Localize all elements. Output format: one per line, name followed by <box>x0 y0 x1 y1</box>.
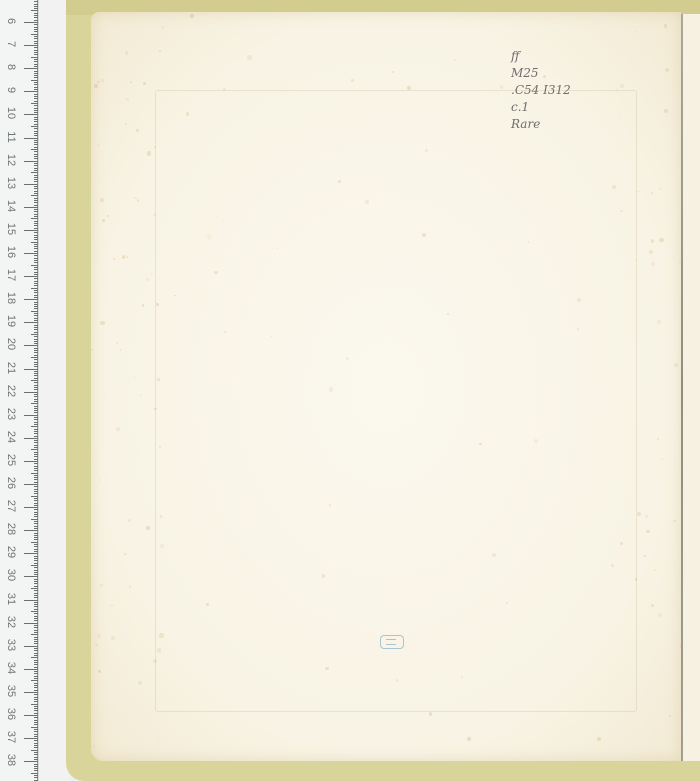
ruler-label: 19 <box>5 312 17 330</box>
ruler-label: 26 <box>5 474 17 492</box>
ruler-tick <box>34 533 38 534</box>
ruler-tick <box>34 6 38 7</box>
ruler-tick <box>31 311 38 312</box>
ruler-tick <box>24 114 38 115</box>
foxing-spot <box>159 50 161 52</box>
ruler-tick <box>34 318 38 319</box>
ruler-tick <box>34 267 38 268</box>
ruler-tick <box>34 223 38 224</box>
foxing-spot <box>157 378 160 381</box>
ruler-tick <box>31 380 38 381</box>
foxing-spot <box>651 192 653 194</box>
ruler-tick <box>34 61 38 62</box>
ruler-tick <box>34 551 38 552</box>
ruler-tick <box>34 713 38 714</box>
ruler-label: 18 <box>5 289 17 307</box>
ruler-tick <box>34 154 38 155</box>
ruler-tick <box>24 299 38 300</box>
ruler-tick <box>34 87 38 88</box>
ruler-label: 22 <box>5 382 17 400</box>
ruler-tick <box>34 724 38 725</box>
ruler-tick <box>34 579 38 580</box>
ruler-tick <box>34 295 38 296</box>
ruler-tick <box>24 576 38 577</box>
ruler-tick <box>34 327 38 328</box>
ruler-tick <box>34 424 38 425</box>
ruler-tick <box>34 627 38 628</box>
ruler-tick <box>34 373 38 374</box>
foxing-spot <box>151 273 152 274</box>
ruler-tick <box>34 630 38 631</box>
ruler-label: 28 <box>5 520 17 538</box>
foxing-spot <box>637 512 641 516</box>
foxing-spot <box>661 458 663 460</box>
ruler-tick <box>24 276 38 277</box>
ruler-tick <box>34 304 38 305</box>
foxing-spot <box>137 199 139 201</box>
ruler-tick <box>34 759 38 760</box>
ruler-tick <box>34 191 38 192</box>
ruler-tick <box>34 442 38 443</box>
ruler-tick <box>34 98 38 99</box>
ruler-tick <box>34 38 38 39</box>
ruler-tick <box>34 650 38 651</box>
ruler-tick <box>24 623 38 624</box>
ruler-tick <box>34 308 38 309</box>
ruler-tick <box>34 687 38 688</box>
ruler-tick <box>34 440 38 441</box>
ruler-tick <box>31 449 38 450</box>
foxing-spot <box>186 112 190 116</box>
ruler-tick <box>34 595 38 596</box>
ruler-tick <box>34 117 38 118</box>
ruler-tick <box>34 708 38 709</box>
foxing-spot <box>93 745 95 747</box>
ruler-tick <box>24 692 38 693</box>
ruler-tick <box>34 706 38 707</box>
ruler-tick <box>34 228 38 229</box>
foxing-spot <box>128 519 131 522</box>
ruler-label: 7 <box>5 35 17 53</box>
ruler-tick <box>34 729 38 730</box>
foxing-spot <box>479 443 481 445</box>
ruler-tick <box>34 50 38 51</box>
ruler-tick <box>34 710 38 711</box>
ruler-label: 11 <box>5 128 17 146</box>
ruler-tick <box>34 671 38 672</box>
plate-mark <box>155 90 637 712</box>
ruler-tick <box>24 322 38 323</box>
ruler-tick <box>34 209 38 210</box>
ruler-tick <box>31 149 38 150</box>
ruler-tick <box>34 165 38 166</box>
foxing-spot <box>674 567 675 568</box>
ruler-tick <box>34 468 38 469</box>
ruler-tick <box>34 348 38 349</box>
ruler-tick <box>34 586 38 587</box>
ruler-tick <box>24 646 38 647</box>
ruler-tick <box>34 124 38 125</box>
ruler-tick <box>34 736 38 737</box>
ruler-tick <box>34 359 38 360</box>
ruler-tick <box>31 634 38 635</box>
ruler-tick <box>34 193 38 194</box>
ruler-label: 37 <box>5 728 17 746</box>
ruler-tick <box>31 426 38 427</box>
ruler-tick <box>34 466 38 467</box>
foxing-spot <box>611 564 613 566</box>
ruler-tick <box>34 285 38 286</box>
ruler-tick <box>34 362 38 363</box>
ruler-tick <box>34 537 38 538</box>
ruler-tick <box>24 415 38 416</box>
foxing-spot <box>143 82 145 84</box>
ruler-tick <box>34 66 38 67</box>
ruler-tick <box>24 91 38 92</box>
ruler-tick <box>34 597 38 598</box>
ruler-tick <box>34 528 38 529</box>
foxing-spot <box>159 633 163 637</box>
foxing-spot <box>161 26 164 29</box>
ruler-tick <box>24 553 38 554</box>
ruler-tick <box>34 101 38 102</box>
ruler-tick <box>34 514 38 515</box>
foxing-spot <box>136 129 139 132</box>
ruler-tick <box>34 131 38 132</box>
ruler-tick <box>34 246 38 247</box>
ruler-tick <box>34 382 38 383</box>
ruler-tick <box>34 258 38 259</box>
foxing-spot <box>124 553 127 556</box>
ruler-tick <box>34 170 38 171</box>
foxing-spot <box>612 185 616 189</box>
ruler-tick <box>34 419 38 420</box>
ruler-tick <box>34 387 38 388</box>
ruler-tick <box>34 43 38 44</box>
ruler-tick <box>34 332 38 333</box>
foxing-spot <box>94 84 98 88</box>
foxing-spot <box>651 262 655 266</box>
ruler-tick <box>24 230 38 231</box>
ruler-tick <box>34 583 38 584</box>
ruler-label: 17 <box>5 266 17 284</box>
ruler-tick <box>34 200 38 201</box>
ruler-tick <box>34 556 38 557</box>
pencil-call-number: ff M25 .C54 I312 c.1 Rare <box>511 48 571 133</box>
foxing-spot <box>125 123 127 125</box>
ruler-tick <box>34 71 38 72</box>
ruler-tick <box>31 473 38 474</box>
ruler-tick <box>34 452 38 453</box>
ruler-tick <box>34 445 38 446</box>
ruler-tick <box>34 163 38 164</box>
ruler-tick <box>34 431 38 432</box>
call-number-line: c.1 <box>511 99 571 116</box>
ruler-label: 31 <box>5 590 17 608</box>
ruler-label: 33 <box>5 636 17 654</box>
foxing-spot <box>646 530 650 534</box>
foxing-spot <box>346 357 349 360</box>
ruler-label: 6 <box>5 12 17 30</box>
ruler-tick <box>24 484 38 485</box>
ruler-tick <box>34 239 38 240</box>
ruler-tick <box>34 498 38 499</box>
ruler-tick <box>34 237 38 238</box>
ruler-tick <box>34 221 38 222</box>
ruler-tick <box>24 207 38 208</box>
ruler-tick <box>34 766 38 767</box>
foxing-spot <box>636 259 638 261</box>
ruler-tick <box>34 489 38 490</box>
foxing-spot <box>425 149 427 151</box>
ruler-tick <box>34 135 38 136</box>
foxing-spot <box>99 479 101 481</box>
ruler-tick <box>24 161 38 162</box>
ruler-tick <box>34 77 38 78</box>
foxing-spot <box>454 59 456 61</box>
ruler-tick <box>34 339 38 340</box>
ruler-tick <box>34 110 38 111</box>
ruler-tick <box>34 747 38 748</box>
ruler-tick <box>34 290 38 291</box>
ruler-tick <box>34 17 38 18</box>
ruler-tick <box>34 274 38 275</box>
ruler-tick <box>34 408 38 409</box>
ruler-tick <box>24 715 38 716</box>
ruler-tick <box>34 313 38 314</box>
foxing-spot <box>658 613 662 617</box>
ruler-tick <box>34 179 38 180</box>
ruler-tick <box>24 669 38 670</box>
ruler-tick <box>34 84 38 85</box>
ruler-tick <box>34 205 38 206</box>
ruler-tick <box>34 648 38 649</box>
scan-background <box>39 0 69 781</box>
foxing-spot <box>97 81 99 83</box>
ruler-tick <box>34 493 38 494</box>
foxing-spot <box>142 221 143 222</box>
ruler-tick <box>34 15 38 16</box>
foxing-spot <box>673 520 676 523</box>
ruler-label: 34 <box>5 659 17 677</box>
foxing-spot <box>657 320 661 324</box>
ruler-tick <box>34 535 38 536</box>
foxing-spot <box>654 569 656 571</box>
ruler-label: 13 <box>5 174 17 192</box>
foxing-spot <box>325 667 329 671</box>
ruler-tick <box>34 422 38 423</box>
ruler-tick <box>34 158 38 159</box>
ruler-tick <box>24 253 38 254</box>
ruler-label: 21 <box>5 359 17 377</box>
ruler-tick <box>31 657 38 658</box>
ruler-tick <box>34 94 38 95</box>
ruler-tick <box>34 743 38 744</box>
ruler-label: 29 <box>5 543 17 561</box>
foxing-spot <box>100 321 104 325</box>
ruler-tick <box>34 539 38 540</box>
ruler-tick <box>34 570 38 571</box>
foxing-spot <box>113 258 115 260</box>
ruler-tick <box>34 366 38 367</box>
ruler-tick <box>34 676 38 677</box>
ruler-tick <box>31 172 38 173</box>
ruler-tick <box>34 364 38 365</box>
ruler-tick <box>34 4 38 5</box>
foxing-spot <box>116 427 120 431</box>
ruler-tick <box>34 406 38 407</box>
ruler-tick <box>34 436 38 437</box>
ruler-tick <box>24 600 38 601</box>
ruler-tick <box>31 403 38 404</box>
ruler-tick <box>34 475 38 476</box>
ruler-tick <box>34 177 38 178</box>
ruler-tick <box>34 29 38 30</box>
ruler-label: 25 <box>5 451 17 469</box>
ruler-tick <box>34 75 38 76</box>
foxing-spot <box>111 605 112 606</box>
foxing-spot <box>146 344 147 345</box>
ruler-tick <box>34 560 38 561</box>
ruler-tick <box>24 392 38 393</box>
foxing-spot <box>665 74 667 76</box>
ruler-tick <box>34 500 38 501</box>
foxing-spot <box>140 394 142 396</box>
ruler-label: 14 <box>5 197 17 215</box>
ruler-tick <box>34 350 38 351</box>
adjacent-page-edge <box>681 14 700 761</box>
ruler-tick <box>34 637 38 638</box>
document-page: ​ ​ ff M25 .C54 I312 c.1 Rare <box>91 12 681 761</box>
ruler-tick <box>34 396 38 397</box>
ruler-tick <box>34 447 38 448</box>
ruler-tick <box>34 336 38 337</box>
ruler-tick <box>34 509 38 510</box>
ruler-tick <box>34 41 38 42</box>
foxing-spot <box>101 79 104 82</box>
foxing-spot <box>664 24 668 28</box>
ruler-tick <box>34 52 38 53</box>
foxing-spot <box>111 636 115 640</box>
foxing-spot <box>214 271 218 275</box>
ruler-tick <box>34 269 38 270</box>
ruler-tick <box>34 105 38 106</box>
ruler-tick <box>34 315 38 316</box>
foxing-spot <box>100 584 103 587</box>
ruler-tick <box>34 590 38 591</box>
ruler-tick <box>24 22 38 23</box>
ruler-tick <box>31 57 38 58</box>
ruler-tick <box>34 433 38 434</box>
ruler-tick <box>34 722 38 723</box>
ruler-tick <box>34 503 38 504</box>
foxing-spot <box>95 644 98 647</box>
foxing-spot <box>635 31 637 33</box>
ruler-tick <box>31 588 38 589</box>
foxing-spot <box>157 648 161 652</box>
ruler-tick <box>34 479 38 480</box>
ruler-label: 32 <box>5 613 17 631</box>
foxing-spot <box>659 188 661 190</box>
ruler-tick <box>34 641 38 642</box>
ruler-tick <box>31 519 38 520</box>
ruler-tick <box>34 717 38 718</box>
foxing-spot <box>142 304 144 306</box>
ruler-tick <box>34 544 38 545</box>
ruler-tick <box>34 764 38 765</box>
ruler-tick <box>34 470 38 471</box>
ruler-tick <box>34 745 38 746</box>
ruler-tick <box>34 283 38 284</box>
foxing-spot <box>122 255 125 258</box>
ruler-tick <box>34 673 38 674</box>
ruler-label: 38 <box>5 751 17 769</box>
ruler-tick <box>34 248 38 249</box>
ruler-tick <box>34 272 38 273</box>
ruler-tick <box>34 341 38 342</box>
ruler-tick <box>34 491 38 492</box>
ruler-tick <box>31 218 38 219</box>
foxing-spot <box>120 349 121 350</box>
ruler-tick <box>34 581 38 582</box>
ruler-tick <box>34 606 38 607</box>
foxing-spot <box>645 515 648 518</box>
ruler-tick <box>34 512 38 513</box>
ruler-label: 10 <box>5 104 17 122</box>
ruler-tick <box>34 567 38 568</box>
ruler-tick <box>34 410 38 411</box>
ruler-tick <box>34 389 38 390</box>
ruler-tick <box>31 265 38 266</box>
ruler-tick <box>34 371 38 372</box>
ruler-tick <box>34 563 38 564</box>
ruler-tick <box>24 738 38 739</box>
ruler-tick <box>24 184 38 185</box>
ruler-tick <box>34 417 38 418</box>
ruler-tick <box>34 549 38 550</box>
ruler-tick <box>34 343 38 344</box>
foxing-spot <box>121 477 122 478</box>
foxing-spot <box>158 738 159 739</box>
ruler-tick <box>24 461 38 462</box>
ruler-tick <box>34 690 38 691</box>
foxing-spot <box>104 397 105 398</box>
foxing-spot <box>223 88 226 91</box>
foxing-spot <box>138 681 142 685</box>
foxing-spot <box>91 349 93 351</box>
ruler-tick <box>34 521 38 522</box>
ruler-tick <box>34 20 38 21</box>
ruler-tick <box>34 667 38 668</box>
ruler-label: 16 <box>5 243 17 261</box>
foxing-spot <box>126 98 129 101</box>
ruler-tick <box>34 777 38 778</box>
foxing-spot <box>127 375 128 376</box>
ruler-tick <box>34 140 38 141</box>
ruler-tick <box>34 251 38 252</box>
ruler-tick <box>34 133 38 134</box>
library-stamp-icon <box>380 635 404 649</box>
ruler-tick <box>34 516 38 517</box>
ruler-tick <box>24 45 38 46</box>
foxing-spot <box>447 313 449 315</box>
foxing-spot <box>225 436 226 437</box>
ruler-label: 24 <box>5 428 17 446</box>
ruler-tick <box>34 244 38 245</box>
foxing-spot <box>134 377 135 378</box>
ruler-tick <box>34 412 38 413</box>
ruler-tick <box>34 662 38 663</box>
